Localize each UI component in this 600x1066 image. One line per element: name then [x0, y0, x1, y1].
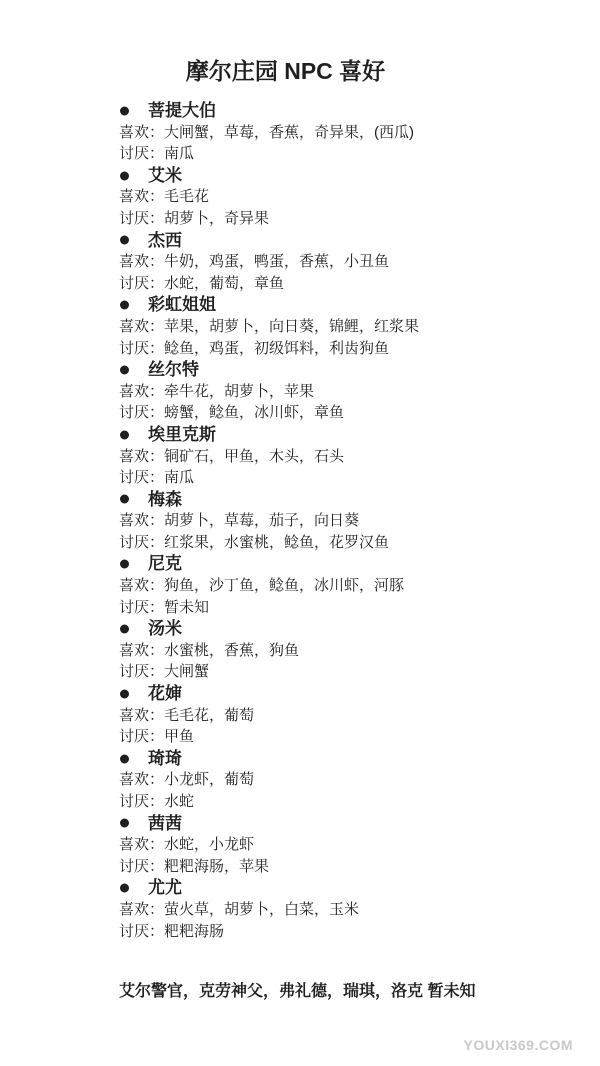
dislike-items: 大闸蟹	[164, 663, 209, 680]
npc-likes-line: 喜欢：毛毛花，葡萄	[119, 705, 452, 727]
npc-section-jiexi: 杰西 喜欢：牛奶，鸡蛋，鸭蛋，香蕉，小丑鱼 讨厌：水蛇，葡萄，章鱼	[119, 230, 452, 295]
bullet-icon	[120, 689, 129, 698]
npc-name: 茜茜	[148, 814, 182, 833]
npc-heading: 丝尔特	[119, 359, 452, 381]
like-items: 小龙虾，葡萄	[164, 771, 254, 788]
npc-heading: 梅森	[119, 489, 452, 511]
npc-dislikes-line: 讨厌：水蛇，葡萄，章鱼	[119, 273, 452, 295]
bullet-icon	[120, 495, 129, 504]
npc-section-nike: 尼克 喜欢：狗鱼，沙丁鱼，鲶鱼，冰川虾，河豚 讨厌：暂未知	[119, 553, 452, 618]
dislike-label: 讨厌：	[119, 534, 164, 551]
dislike-label: 讨厌：	[119, 599, 164, 616]
like-label: 喜欢：	[119, 318, 164, 335]
npc-dislikes-line: 讨厌：甲鱼	[119, 726, 452, 748]
npc-likes-line: 喜欢：牛奶，鸡蛋，鸭蛋，香蕉，小丑鱼	[119, 251, 452, 273]
like-label: 喜欢：	[119, 707, 164, 724]
npc-likes-line: 喜欢：狗鱼，沙丁鱼，鲶鱼，冰川虾，河豚	[119, 575, 452, 597]
npc-section-putidabo: 菩提大伯 喜欢：大闸蟹，草莓，香蕉，奇异果，(西瓜) 讨厌：南瓜	[119, 100, 452, 165]
like-label: 喜欢：	[119, 253, 164, 270]
dislike-items: 水蛇	[164, 793, 194, 810]
bullet-icon	[120, 430, 129, 439]
dislike-items: 甲鱼	[164, 728, 194, 745]
like-label: 喜欢：	[119, 901, 164, 918]
npc-name: 汤米	[148, 619, 182, 638]
dislike-label: 讨厌：	[119, 404, 164, 421]
like-items: 水蛇，小龙虾	[164, 836, 254, 853]
npc-name: 艾米	[148, 166, 182, 185]
npc-section-ailikesi: 埃里克斯 喜欢：铜矿石，甲鱼，木头，石头 讨厌：南瓜	[119, 424, 452, 489]
npc-heading: 艾米	[119, 165, 452, 187]
like-items: 毛毛花	[164, 188, 209, 205]
like-label: 喜欢：	[119, 448, 164, 465]
npc-section-qiqi: 琦琦 喜欢：小龙虾，葡萄 讨厌：水蛇	[119, 748, 452, 813]
dislike-label: 讨厌：	[119, 663, 164, 680]
like-items: 毛毛花，葡萄	[164, 707, 254, 724]
npc-section-huashen: 花婶 喜欢：毛毛花，葡萄 讨厌：甲鱼	[119, 683, 452, 748]
npc-name: 琦琦	[148, 749, 182, 768]
npc-name: 丝尔特	[148, 360, 199, 379]
bullet-icon	[120, 819, 129, 828]
like-items: 牛奶，鸡蛋，鸭蛋，香蕉，小丑鱼	[164, 253, 389, 270]
like-label: 喜欢：	[119, 771, 164, 788]
npc-likes-line: 喜欢：铜矿石，甲鱼，木头，石头	[119, 446, 452, 468]
bullet-icon	[120, 365, 129, 374]
npc-section-caihongjiejie: 彩虹姐姐 喜欢：苹果，胡萝卜，向日葵，锦鲤，红浆果 讨厌：鲶鱼，鸡蛋，初级饵料，…	[119, 294, 452, 359]
like-items: 狗鱼，沙丁鱼，鲶鱼，冰川虾，河豚	[164, 577, 404, 594]
bullet-icon	[120, 106, 129, 115]
npc-dislikes-line: 讨厌：南瓜	[119, 143, 452, 165]
npc-heading: 琦琦	[119, 748, 452, 770]
like-items: 大闸蟹，草莓，香蕉，奇异果，(西瓜)	[164, 124, 414, 141]
bullet-icon	[120, 560, 129, 569]
site-watermark: YOUXI369.COM	[464, 1037, 573, 1053]
dislike-items: 螃蟹，鲶鱼，冰川虾，章鱼	[164, 404, 344, 421]
dislike-items: 暂未知	[164, 599, 209, 616]
bullet-icon	[120, 884, 129, 893]
npc-dislikes-line: 讨厌：水蛇	[119, 791, 452, 813]
npc-section-youyou: 尤尤 喜欢：萤火草，胡萝卜，白菜，玉米 讨厌：粑粑海肠	[119, 877, 452, 942]
npc-heading: 埃里克斯	[119, 424, 452, 446]
dislike-label: 讨厌：	[119, 340, 164, 357]
bullet-icon	[120, 301, 129, 310]
npc-name: 埃里克斯	[148, 425, 216, 444]
npc-likes-line: 喜欢：牵牛花，胡萝卜，苹果	[119, 381, 452, 403]
like-label: 喜欢：	[119, 383, 164, 400]
dislike-items: 胡萝卜，奇异果	[164, 210, 269, 227]
npc-section-xixi: 茜茜 喜欢：水蛇，小龙虾 讨厌：粑粑海肠，苹果	[119, 813, 452, 878]
npc-heading: 汤米	[119, 618, 452, 640]
npc-heading: 花婶	[119, 683, 452, 705]
page-title: 摩尔庄园 NPC 喜好	[119, 56, 452, 86]
npc-heading: 彩虹姐姐	[119, 294, 452, 316]
npc-section-meisen: 梅森 喜欢：胡萝卜，草莓，茄子，向日葵 讨厌：红浆果，水蜜桃，鲶鱼，花罗汉鱼	[119, 489, 452, 554]
dislike-items: 南瓜	[164, 145, 194, 162]
npc-likes-line: 喜欢：萤火草，胡萝卜，白菜，玉米	[119, 899, 452, 921]
like-items: 铜矿石，甲鱼，木头，石头	[164, 448, 344, 465]
npc-likes-line: 喜欢：胡萝卜，草莓，茄子，向日葵	[119, 510, 452, 532]
npc-name: 尼克	[148, 554, 182, 573]
npc-likes-line: 喜欢：水蛇，小龙虾	[119, 834, 452, 856]
dislike-label: 讨厌：	[119, 145, 164, 162]
npc-dislikes-line: 讨厌：南瓜	[119, 467, 452, 489]
npc-section-sierte: 丝尔特 喜欢：牵牛花，胡萝卜，苹果 讨厌：螃蟹，鲶鱼，冰川虾，章鱼	[119, 359, 452, 424]
npc-name: 尤尤	[148, 878, 182, 897]
npc-likes-line: 喜欢：苹果，胡萝卜，向日葵，锦鲤，红浆果	[119, 316, 452, 338]
like-items: 萤火草，胡萝卜，白菜，玉米	[164, 901, 359, 918]
like-label: 喜欢：	[119, 512, 164, 529]
like-label: 喜欢：	[119, 836, 164, 853]
bullet-icon	[120, 236, 129, 245]
npc-dislikes-line: 讨厌：暂未知	[119, 597, 452, 619]
npc-heading: 尤尤	[119, 877, 452, 899]
bullet-icon	[120, 171, 129, 180]
like-label: 喜欢：	[119, 188, 164, 205]
npc-dislikes-line: 讨厌：螃蟹，鲶鱼，冰川虾，章鱼	[119, 402, 452, 424]
dislike-items: 粑粑海肠，苹果	[164, 858, 269, 875]
bullet-icon	[120, 754, 129, 763]
dislike-items: 鲶鱼，鸡蛋，初级饵料，利齿狗鱼	[164, 340, 389, 357]
dislike-items: 粑粑海肠	[164, 923, 224, 940]
npc-name: 花婶	[148, 684, 182, 703]
bullet-icon	[120, 625, 129, 634]
dislike-label: 讨厌：	[119, 793, 164, 810]
like-items: 胡萝卜，草莓，茄子，向日葵	[164, 512, 359, 529]
npc-likes-line: 喜欢：水蜜桃，香蕉，狗鱼	[119, 640, 452, 662]
npc-heading: 尼克	[119, 553, 452, 575]
npc-heading: 菩提大伯	[119, 100, 452, 122]
dislike-label: 讨厌：	[119, 469, 164, 486]
like-items: 水蜜桃，香蕉，狗鱼	[164, 642, 299, 659]
npc-section-aimi: 艾米 喜欢：毛毛花 讨厌：胡萝卜，奇异果	[119, 165, 452, 230]
npc-likes-line: 喜欢：毛毛花	[119, 186, 452, 208]
dislike-items: 红浆果，水蜜桃，鲶鱼，花罗汉鱼	[164, 534, 389, 551]
footer-unknown-npcs-note: 艾尔警官，克劳神父，弗礼德，瑞琪，洛克 暂未知	[119, 981, 452, 1003]
npc-likes-line: 喜欢：大闸蟹，草莓，香蕉，奇异果，(西瓜)	[119, 122, 452, 144]
npc-heading: 茜茜	[119, 813, 452, 835]
npc-dislikes-line: 讨厌：粑粑海肠	[119, 921, 452, 943]
dislike-label: 讨厌：	[119, 728, 164, 745]
npc-name: 菩提大伯	[148, 101, 216, 120]
dislike-items: 水蛇，葡萄，章鱼	[164, 275, 284, 292]
dislike-label: 讨厌：	[119, 923, 164, 940]
npc-name: 杰西	[148, 231, 182, 250]
npc-dislikes-line: 讨厌：胡萝卜，奇异果	[119, 208, 452, 230]
npc-dislikes-line: 讨厌：大闸蟹	[119, 661, 452, 683]
like-label: 喜欢：	[119, 124, 164, 141]
document-content: 摩尔庄园 NPC 喜好 菩提大伯 喜欢：大闸蟹，草莓，香蕉，奇异果，(西瓜) 讨…	[0, 0, 600, 1003]
npc-dislikes-line: 讨厌：鲶鱼，鸡蛋，初级饵料，利齿狗鱼	[119, 338, 452, 360]
npc-section-tangmi: 汤米 喜欢：水蜜桃，香蕉，狗鱼 讨厌：大闸蟹	[119, 618, 452, 683]
like-items: 牵牛花，胡萝卜，苹果	[164, 383, 314, 400]
npc-name: 梅森	[148, 490, 182, 509]
dislike-label: 讨厌：	[119, 210, 164, 227]
npc-likes-line: 喜欢：小龙虾，葡萄	[119, 769, 452, 791]
document-page: 摩尔庄园 NPC 喜好 菩提大伯 喜欢：大闸蟹，草莓，香蕉，奇异果，(西瓜) 讨…	[0, 0, 600, 1066]
npc-dislikes-line: 讨厌：红浆果，水蜜桃，鲶鱼，花罗汉鱼	[119, 532, 452, 554]
dislike-label: 讨厌：	[119, 858, 164, 875]
like-label: 喜欢：	[119, 577, 164, 594]
dislike-label: 讨厌：	[119, 275, 164, 292]
npc-heading: 杰西	[119, 230, 452, 252]
npc-name: 彩虹姐姐	[148, 295, 216, 314]
dislike-items: 南瓜	[164, 469, 194, 486]
like-label: 喜欢：	[119, 642, 164, 659]
like-items: 苹果，胡萝卜，向日葵，锦鲤，红浆果	[164, 318, 419, 335]
npc-dislikes-line: 讨厌：粑粑海肠，苹果	[119, 856, 452, 878]
